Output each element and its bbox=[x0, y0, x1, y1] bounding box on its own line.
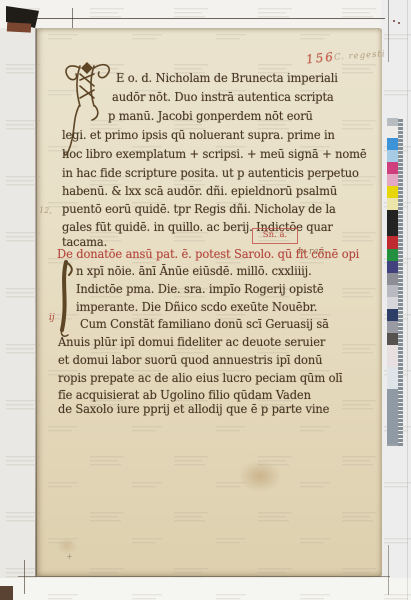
ms-text-line: in hac fide scripture posita. ut p auten… bbox=[62, 167, 359, 179]
corner-dark-bottom-left bbox=[0, 586, 13, 600]
color-patch bbox=[387, 210, 398, 236]
color-patch bbox=[387, 309, 398, 321]
registration-dot bbox=[398, 22, 400, 24]
color-patch bbox=[387, 321, 398, 333]
ms-text-line: hoc libro exemplatum + scripsi. + meū si… bbox=[62, 148, 367, 160]
parchment-stain bbox=[238, 460, 282, 492]
ms-text-line: E o. d. Nicholam de Brunecta imperiali bbox=[116, 72, 338, 84]
color-patch bbox=[387, 261, 398, 273]
color-patch bbox=[387, 138, 398, 150]
color-patch bbox=[387, 162, 398, 174]
ms-text-line: audōr nōt. Duo instrā autentica scripta bbox=[112, 91, 334, 103]
color-patch bbox=[387, 249, 398, 261]
color-patch bbox=[387, 367, 398, 389]
color-patch bbox=[387, 345, 398, 367]
color-patch bbox=[387, 174, 398, 186]
color-calibration-strip-patches bbox=[387, 118, 398, 446]
ms-text-line: legi. et primo ipsis qū noluerant supra.… bbox=[62, 129, 335, 141]
rubric-line: De donatōe ansū pat. ē. potest Sarolo. q… bbox=[57, 248, 359, 260]
manuscript-scan: + 156 C. regesti E o. d. Nicholam de Bru… bbox=[0, 0, 411, 600]
color-calibration-strip bbox=[387, 118, 403, 446]
scan-mat-left bbox=[0, 28, 37, 578]
ms-text-line: Cum Constāt familiano donū scī Geruasij … bbox=[80, 318, 329, 330]
corner-rust-mark bbox=[7, 22, 31, 32]
ms-text-line: p manū. Jacobi gonperdem nōt eorū bbox=[108, 110, 313, 122]
registration-dot bbox=[393, 20, 395, 22]
ms-text-line: Anuis plūr ipī domui fideliter ac deuote… bbox=[58, 336, 325, 348]
color-patch bbox=[387, 236, 398, 249]
registration-plus-mark: + bbox=[66, 553, 73, 561]
ms-text-line: puentō eorū quidē. tpr Regis dñi. Nichol… bbox=[62, 203, 336, 215]
ruler-line-right bbox=[388, 0, 389, 62]
ms-text-line: Indictōe pma. Die. sra. impīo Rogerij op… bbox=[76, 283, 324, 295]
color-patch bbox=[387, 273, 398, 285]
folio-number: 156 bbox=[305, 51, 335, 66]
summary-box: Sñ. ã. bbox=[252, 228, 298, 244]
color-patch bbox=[387, 285, 398, 297]
registration-cross-bottom-right bbox=[388, 545, 389, 595]
scan-edge-line bbox=[407, 0, 408, 600]
ms-text-line: de Saxolo iure pprij et allodij que ē p … bbox=[58, 403, 329, 415]
scan-mat-bottom bbox=[0, 578, 411, 600]
color-patch bbox=[387, 186, 398, 198]
registration-cross-bottom-left bbox=[24, 560, 25, 594]
color-patch bbox=[387, 198, 398, 210]
color-patch bbox=[387, 118, 398, 126]
folio-gutter-edge bbox=[35, 28, 37, 577]
color-patch bbox=[387, 389, 398, 444]
ms-text-line: imperante. Die Dñico scdo exeūte Nouēbr. bbox=[76, 301, 317, 313]
color-patch bbox=[387, 333, 398, 345]
ms-text-line: n xpī nōie. ānī Ānūe eiūsdē. millō. cxxl… bbox=[76, 265, 312, 277]
color-patch bbox=[387, 150, 398, 162]
ms-text-line: habenū. & lxx scā audōr. dñi. epieldnorū… bbox=[62, 185, 337, 197]
color-patch bbox=[387, 126, 398, 138]
ruler-line-top bbox=[33, 18, 385, 19]
ms-text-line: ropis prepate ac de alio eius lucro peci… bbox=[58, 372, 342, 384]
paragraph-mark: ij bbox=[49, 313, 55, 323]
ruler-tick-top bbox=[72, 8, 73, 28]
ms-text-line: et domui labor suorū quod annuestris ipī… bbox=[58, 354, 322, 366]
color-patch bbox=[387, 297, 398, 309]
ms-text-line: fīe acquisierat ab Ugolino filio qūdam V… bbox=[58, 389, 311, 401]
margin-note-left: 12, bbox=[39, 206, 52, 215]
color-strip-label-text bbox=[398, 118, 403, 446]
ruler-line-bottom bbox=[18, 576, 390, 577]
scan-mat-top bbox=[0, 0, 411, 30]
